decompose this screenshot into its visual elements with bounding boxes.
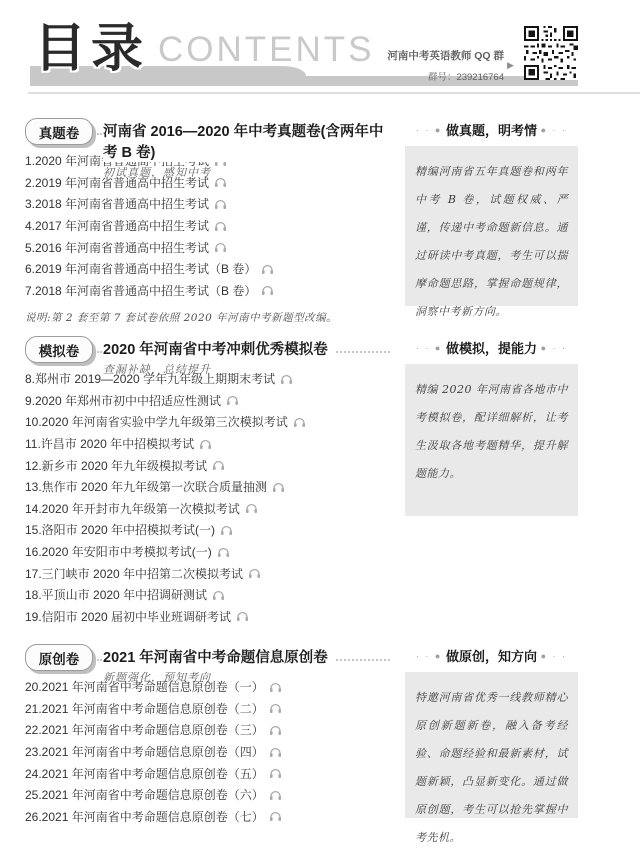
qq-group-info: 河南中考英语教师 QQ 群 群号：239216764 xyxy=(386,48,504,83)
toc-item: 22.2021 年河南省中考命题信息原创卷（三） xyxy=(25,719,392,741)
toc-item-label: 12.新乡市 2020 年九年级模拟考试 xyxy=(25,457,207,474)
side-note-title: · · ● 做原创，知方向 ● · · xyxy=(405,646,578,665)
headphone-icon xyxy=(236,611,249,622)
headphone-icon xyxy=(261,285,274,296)
toc-item: 15.洛阳市 2020 年中招模拟考试(一) xyxy=(25,519,392,541)
headphone-icon xyxy=(217,547,230,558)
qq-group-name: 河南中考英语教师 QQ 群 xyxy=(386,48,504,63)
toc-item-label: 11.许昌市 2020 年中招模拟考试 xyxy=(25,435,194,452)
section-subtitle: 查漏补缺，总结提升 xyxy=(103,361,334,377)
toc-item-label: 15.洛阳市 2020 年中招模拟考试(一) xyxy=(25,521,215,538)
toc-item: 16.2020 年安阳市中考模拟考试(一) xyxy=(25,541,392,563)
headphone-icon xyxy=(269,725,282,736)
toc-item: 6.2019 年河南省普通高中招生考试（B 卷） xyxy=(25,258,392,280)
toc-item: 17.三门峡市 2020 年中招第二次模拟考试 xyxy=(25,562,392,584)
section-title: 河南省 2016—2020 年中考真题卷(含两年中考 B 卷) xyxy=(103,118,392,162)
section-title: 2021 年河南省中考命题信息原创卷 xyxy=(103,644,334,667)
toc-section: 模拟卷 2020 年河南省中考冲刺优秀模拟卷 查漏补缺，总结提升 8.郑州市 2… xyxy=(25,336,392,377)
toc-item-label: 21.2021 年河南省中考命题信息原创卷（二） xyxy=(25,700,264,717)
toc-item-label: 24.2021 年河南省中考命题信息原创卷（五） xyxy=(25,765,264,782)
section-title: 2020 年河南省中考冲刺优秀模拟卷 xyxy=(103,336,334,359)
section-badge: 模拟卷 xyxy=(25,336,93,363)
toc-item: 9.2020 年郑州市初中中招适应性测试 xyxy=(25,390,392,412)
side-note-title: · · ● 做模拟，提能力 ● · · xyxy=(405,338,578,357)
side-note-yuanchuang: · · ● 做原创，知方向 ● · · 特邀河南省优秀一线教师精心原创新题新卷，… xyxy=(405,646,578,818)
side-note-moni: · · ● 做模拟，提能力 ● · · 精编 2020 年河南省各地市中考模拟卷… xyxy=(405,338,578,516)
toc-item-label: 9.2020 年郑州市初中中招适应性测试 xyxy=(25,392,221,409)
side-note-body: 特邀河南省优秀一线教师精心原创新题新卷，融入备考经验、命题经验和最新素材，试题新… xyxy=(415,684,568,852)
toc-item-label: 16.2020 年安阳市中考模拟考试(一) xyxy=(25,543,212,560)
page-title-en: CONTENTS xyxy=(158,30,375,70)
toc-item: 25.2021 年河南省中考命题信息原创卷（六） xyxy=(25,784,392,806)
headphone-icon xyxy=(248,568,261,579)
headphone-icon xyxy=(212,590,225,601)
toc-item-label: 25.2021 年河南省中考命题信息原创卷（六） xyxy=(25,786,264,803)
section-items: 8.郑州市 2019—2020 学年九年级上期期末考试 9.2020 年郑州市初… xyxy=(25,368,392,627)
toc-section: 真题卷 河南省 2016—2020 年中考真题卷(含两年中考 B 卷) 初试真题… xyxy=(25,118,392,180)
toc-item-label: 22.2021 年河南省中考命题信息原创卷（三） xyxy=(25,721,264,738)
side-note-body: 精编 2020 年河南省各地市中考模拟卷，配详细解析，让考生汲取各地考题精华，提… xyxy=(415,376,568,488)
qr-code-image xyxy=(524,26,578,80)
section-badge: 原创卷 xyxy=(25,644,93,671)
toc-item: 14.2020 年开封市九年级第一次模拟考试 xyxy=(25,498,392,520)
dots-decoration: · · ● xyxy=(416,651,442,661)
toc-item-label: 5.2016 年河南省普通高中招生考试 xyxy=(25,239,209,256)
headphone-icon xyxy=(226,395,239,406)
toc-item-label: 6.2019 年河南省普通高中招生考试（B 卷） xyxy=(25,260,256,277)
section-subtitle: 新题强化，预知考向 xyxy=(103,669,334,685)
section-note: 说明:第 2 套至第 7 套试卷依照 2020 年河南中考新题型改编。 xyxy=(25,310,337,325)
toc-section: 原创卷 2021 年河南省中考命题信息原创卷 新题强化，预知考向 20.2021… xyxy=(25,644,392,685)
toc-item: 10.2020 年河南省实验中学九年级第三次模拟考试 xyxy=(25,411,392,433)
dots-decoration: ● · · xyxy=(541,651,567,661)
toc-item: 21.2021 年河南省中考命题信息原创卷（二） xyxy=(25,698,392,720)
dots-decoration: · · ● xyxy=(416,343,442,353)
qq-group-number: 群号：239216764 xyxy=(386,69,504,83)
headphone-icon xyxy=(272,482,285,493)
toc-item: 4.2017 年河南省普通高中招生考试 xyxy=(25,215,392,237)
toc-item-label: 10.2020 年河南省实验中学九年级第三次模拟考试 xyxy=(25,413,288,430)
toc-item: 5.2016 年河南省普通高中招生考试 xyxy=(25,236,392,258)
toc-page: 目录 CONTENTS 河南中考英语教师 QQ 群 群号：239216764 ▶ xyxy=(0,0,640,857)
headphone-icon xyxy=(269,768,282,779)
headphone-icon xyxy=(269,790,282,801)
toc-item-label: 13.焦作市 2020 年九年级第一次联合质量抽测 xyxy=(25,478,267,495)
section-badge-label: 真题卷 xyxy=(39,126,80,141)
toc-item-label: 14.2020 年开封市九年级第一次模拟考试 xyxy=(25,500,240,517)
toc-item: 24.2021 年河南省中考命题信息原创卷（五） xyxy=(25,762,392,784)
headphone-icon xyxy=(269,747,282,758)
side-note-body: 精编河南省五年真题卷和两年中考 B 卷，试题权威、严谨，传递中考命题新信息。通过… xyxy=(415,158,568,326)
dots-decoration: · · ● xyxy=(416,125,442,135)
side-note-box: 精编河南省五年真题卷和两年中考 B 卷，试题权威、严谨，传递中考命题新信息。通过… xyxy=(405,146,578,306)
side-note-box: 特邀河南省优秀一线教师精心原创新题新卷，融入备考经验、命题经验和最新素材，试题新… xyxy=(405,672,578,818)
headphone-icon xyxy=(269,811,282,822)
toc-item: 19.信阳市 2020 届初中毕业班调研考试 xyxy=(25,606,392,628)
side-note-title: · · ● 做真题，明考情 ● · · xyxy=(405,120,578,139)
toc-item: 13.焦作市 2020 年九年级第一次联合质量抽测 xyxy=(25,476,392,498)
toc-item: 12.新乡市 2020 年九年级模拟考试 xyxy=(25,454,392,476)
headphone-icon xyxy=(220,525,233,536)
toc-item-label: 7.2018 年河南省普通高中招生考试（B 卷） xyxy=(25,282,256,299)
section-badge-label: 原创卷 xyxy=(39,652,80,667)
toc-item: 11.许昌市 2020 年中招模拟考试 xyxy=(25,433,392,455)
toc-item-label: 26.2021 年河南省中考命题信息原创卷（七） xyxy=(25,808,264,825)
headphone-icon xyxy=(199,439,212,450)
headphone-icon xyxy=(214,199,227,210)
toc-item-label: 4.2017 年河南省普通高中招生考试 xyxy=(25,217,209,234)
headphone-icon xyxy=(214,221,227,232)
toc-item: 3.2018 年河南省普通高中招生考试 xyxy=(25,193,392,215)
dots-decoration: ● · · xyxy=(541,343,567,353)
section-subtitle: 初试真题，感知中考 xyxy=(103,164,392,180)
section-badge: 真题卷 xyxy=(25,118,93,145)
header-divider xyxy=(28,92,640,94)
toc-item: 18.平顶山市 2020 年中招调研测试 xyxy=(25,584,392,606)
side-note-zhenti: · · ● 做真题，明考情 ● · · 精编河南省五年真题卷和两年中考 B 卷，… xyxy=(405,120,578,306)
section-items: 20.2021 年河南省中考命题信息原创卷（一） 21.2021 年河南省中考命… xyxy=(25,676,392,827)
side-note-box: 精编 2020 年河南省各地市中考模拟卷，配详细解析，让考生汲取各地考题精华，提… xyxy=(405,364,578,516)
toc-item-label: 17.三门峡市 2020 年中招第二次模拟考试 xyxy=(25,565,243,582)
page-title-cn: 目录 xyxy=(34,18,148,80)
right-arrow-icon: ▶ xyxy=(507,60,514,71)
headphone-icon xyxy=(293,417,306,428)
headphone-icon xyxy=(214,242,227,253)
toc-item: 26.2021 年河南省中考命题信息原创卷（七） xyxy=(25,806,392,828)
toc-item-label: 18.平顶山市 2020 年中招调研测试 xyxy=(25,586,207,603)
headphone-icon xyxy=(269,703,282,714)
toc-item-label: 19.信阳市 2020 届初中毕业班调研考试 xyxy=(25,608,231,625)
toc-item-label: 3.2018 年河南省普通高中招生考试 xyxy=(25,195,209,212)
section-badge-label: 模拟卷 xyxy=(39,344,80,359)
toc-item-label: 23.2021 年河南省中考命题信息原创卷（四） xyxy=(25,743,264,760)
headphone-icon xyxy=(212,460,225,471)
headphone-icon xyxy=(261,264,274,275)
headphone-icon xyxy=(245,503,258,514)
dots-decoration: ● · · xyxy=(541,125,567,135)
toc-item: 7.2018 年河南省普通高中招生考试（B 卷） xyxy=(25,280,392,302)
toc-item: 23.2021 年河南省中考命题信息原创卷（四） xyxy=(25,741,392,763)
